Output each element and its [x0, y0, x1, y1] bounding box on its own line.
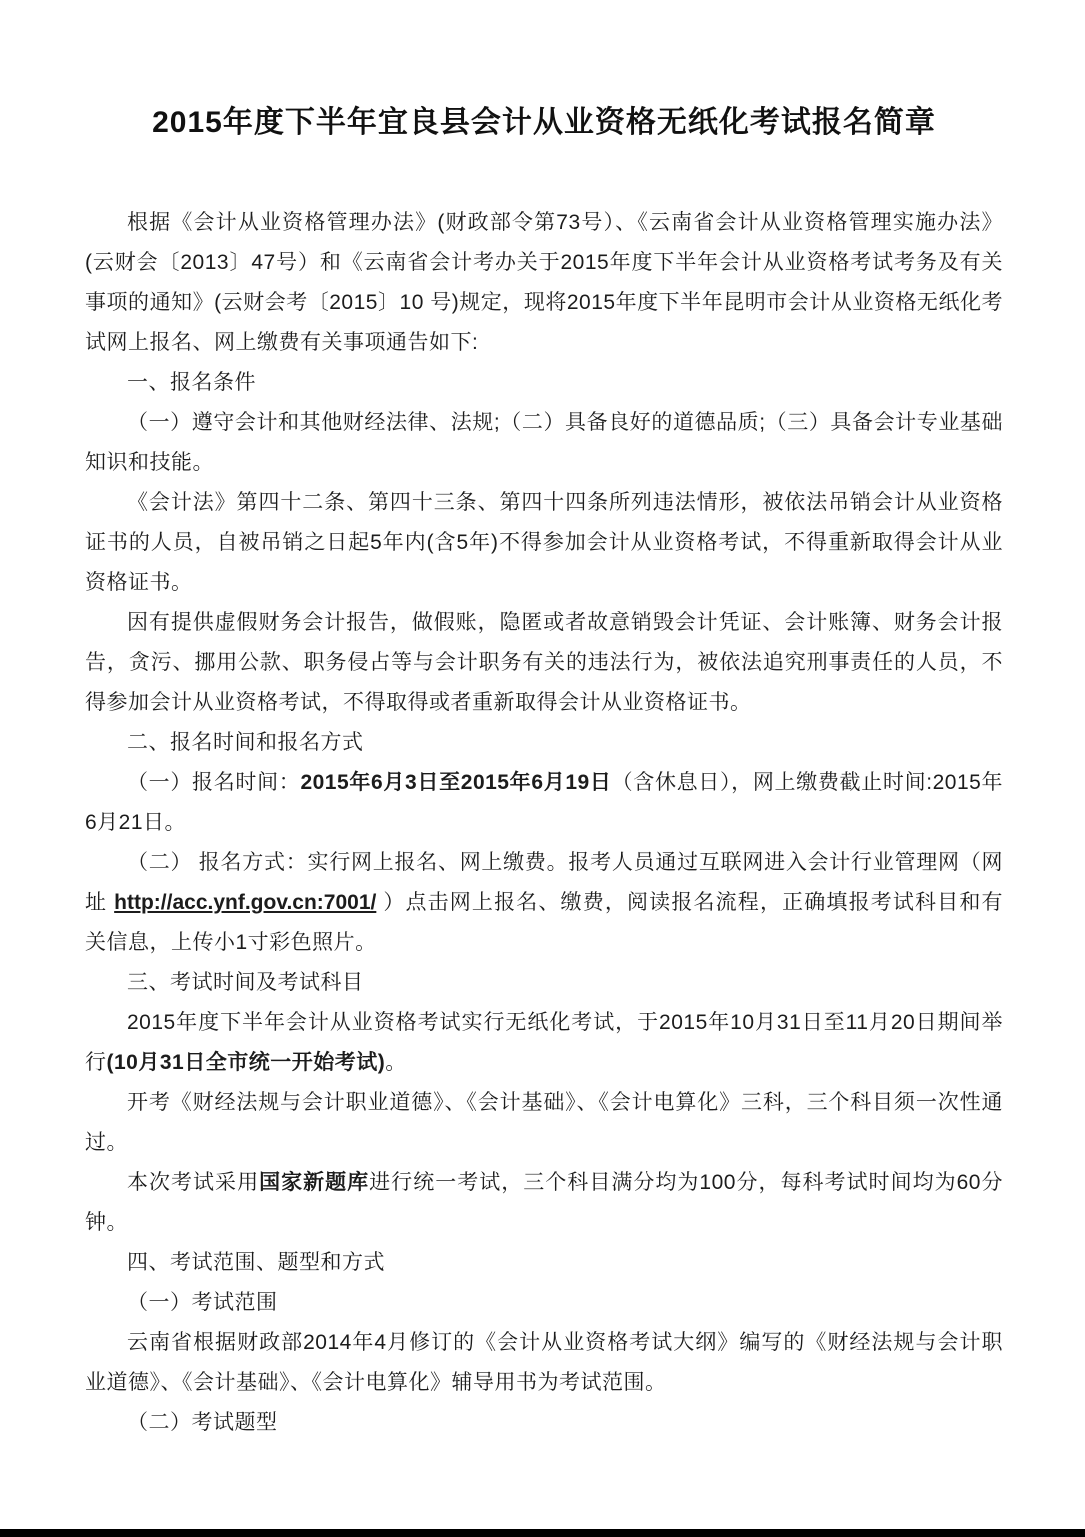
section-4-sub-2-heading: （二）考试题型	[85, 1403, 1003, 1443]
section-1-heading: 一、报名条件	[85, 363, 1003, 403]
paragraph-question-bank: 本次考试采用国家新题库进行统一考试，三个科目满分均为100分，每科考试时间均为6…	[85, 1163, 1003, 1243]
document-page: 2015年度下半年宜良县会计从业资格无纸化考试报名简章 根据《会计从业资格管理办…	[0, 0, 1085, 1537]
question-bank-name: 国家新题库	[259, 1171, 369, 1194]
document-content: 2015年度下半年宜良县会计从业资格无纸化考试报名简章 根据《会计从业资格管理办…	[85, 0, 1003, 1443]
paragraph-intro: 根据《会计从业资格管理办法》(财政部令第73号）、《云南省会计从业资格管理实施办…	[85, 203, 1003, 363]
paragraph-exam-subjects: 开考《财经法规与会计职业道德》、《会计基础》、《会计电算化》三科，三个科目须一次…	[85, 1083, 1003, 1163]
document-body: 根据《会计从业资格管理办法》(财政部令第73号）、《云南省会计从业资格管理实施办…	[85, 203, 1003, 1443]
section-4-sub-1-heading: （一）考试范围	[85, 1283, 1003, 1323]
paragraph-exam-time: 2015年度下半年会计从业资格考试实行无纸化考试，于2015年10月31日至11…	[85, 1003, 1003, 1083]
section-2-heading: 二、报名时间和报名方式	[85, 723, 1003, 763]
paragraph-accounting-law: 《会计法》第四十二条、第四十三条、第四十四条所列违法情形，被依法吊销会计从业资格…	[85, 483, 1003, 603]
registration-time-label: （一）报名时间：	[127, 771, 300, 794]
paragraph-registration-time: （一）报名时间：2015年6月3日至2015年6月19日（含休息日），网上缴费截…	[85, 763, 1003, 843]
paragraph-exam-scope: 云南省根据财政部2014年4月修订的《会计从业资格考试大纲》编写的《财经法规与会…	[85, 1323, 1003, 1403]
exam-time-period: 。	[385, 1051, 407, 1074]
registration-time-dates: 2015年6月3日至2015年6月19日	[300, 771, 611, 794]
registration-url-link[interactable]: http://acc.ynf.gov.cn:7001/	[114, 891, 376, 914]
paragraph-illegal-acts: 因有提供虚假财务会计报告，做假账，隐匿或者故意销毁会计凭证、会计账簿、财务会计报…	[85, 603, 1003, 723]
section-3-heading: 三、考试时间及考试科目	[85, 963, 1003, 1003]
question-bank-prefix: 本次考试采用	[127, 1171, 259, 1194]
exam-start-date-note: (10月31日全市统一开始考试)	[107, 1051, 386, 1074]
document-title: 2015年度下半年宜良县会计从业资格无纸化考试报名简章	[85, 103, 1003, 143]
paragraph-conditions: （一）遵守会计和其他财经法律、法规;（二）具备良好的道德品质;（三）具备会计专业…	[85, 403, 1003, 483]
section-4-heading: 四、考试范围、题型和方式	[85, 1243, 1003, 1283]
scan-edge-bottom	[0, 1529, 1085, 1537]
paragraph-registration-method: （二） 报名方式：实行网上报名、网上缴费。报考人员通过互联网进入会计行业管理网（…	[85, 843, 1003, 963]
